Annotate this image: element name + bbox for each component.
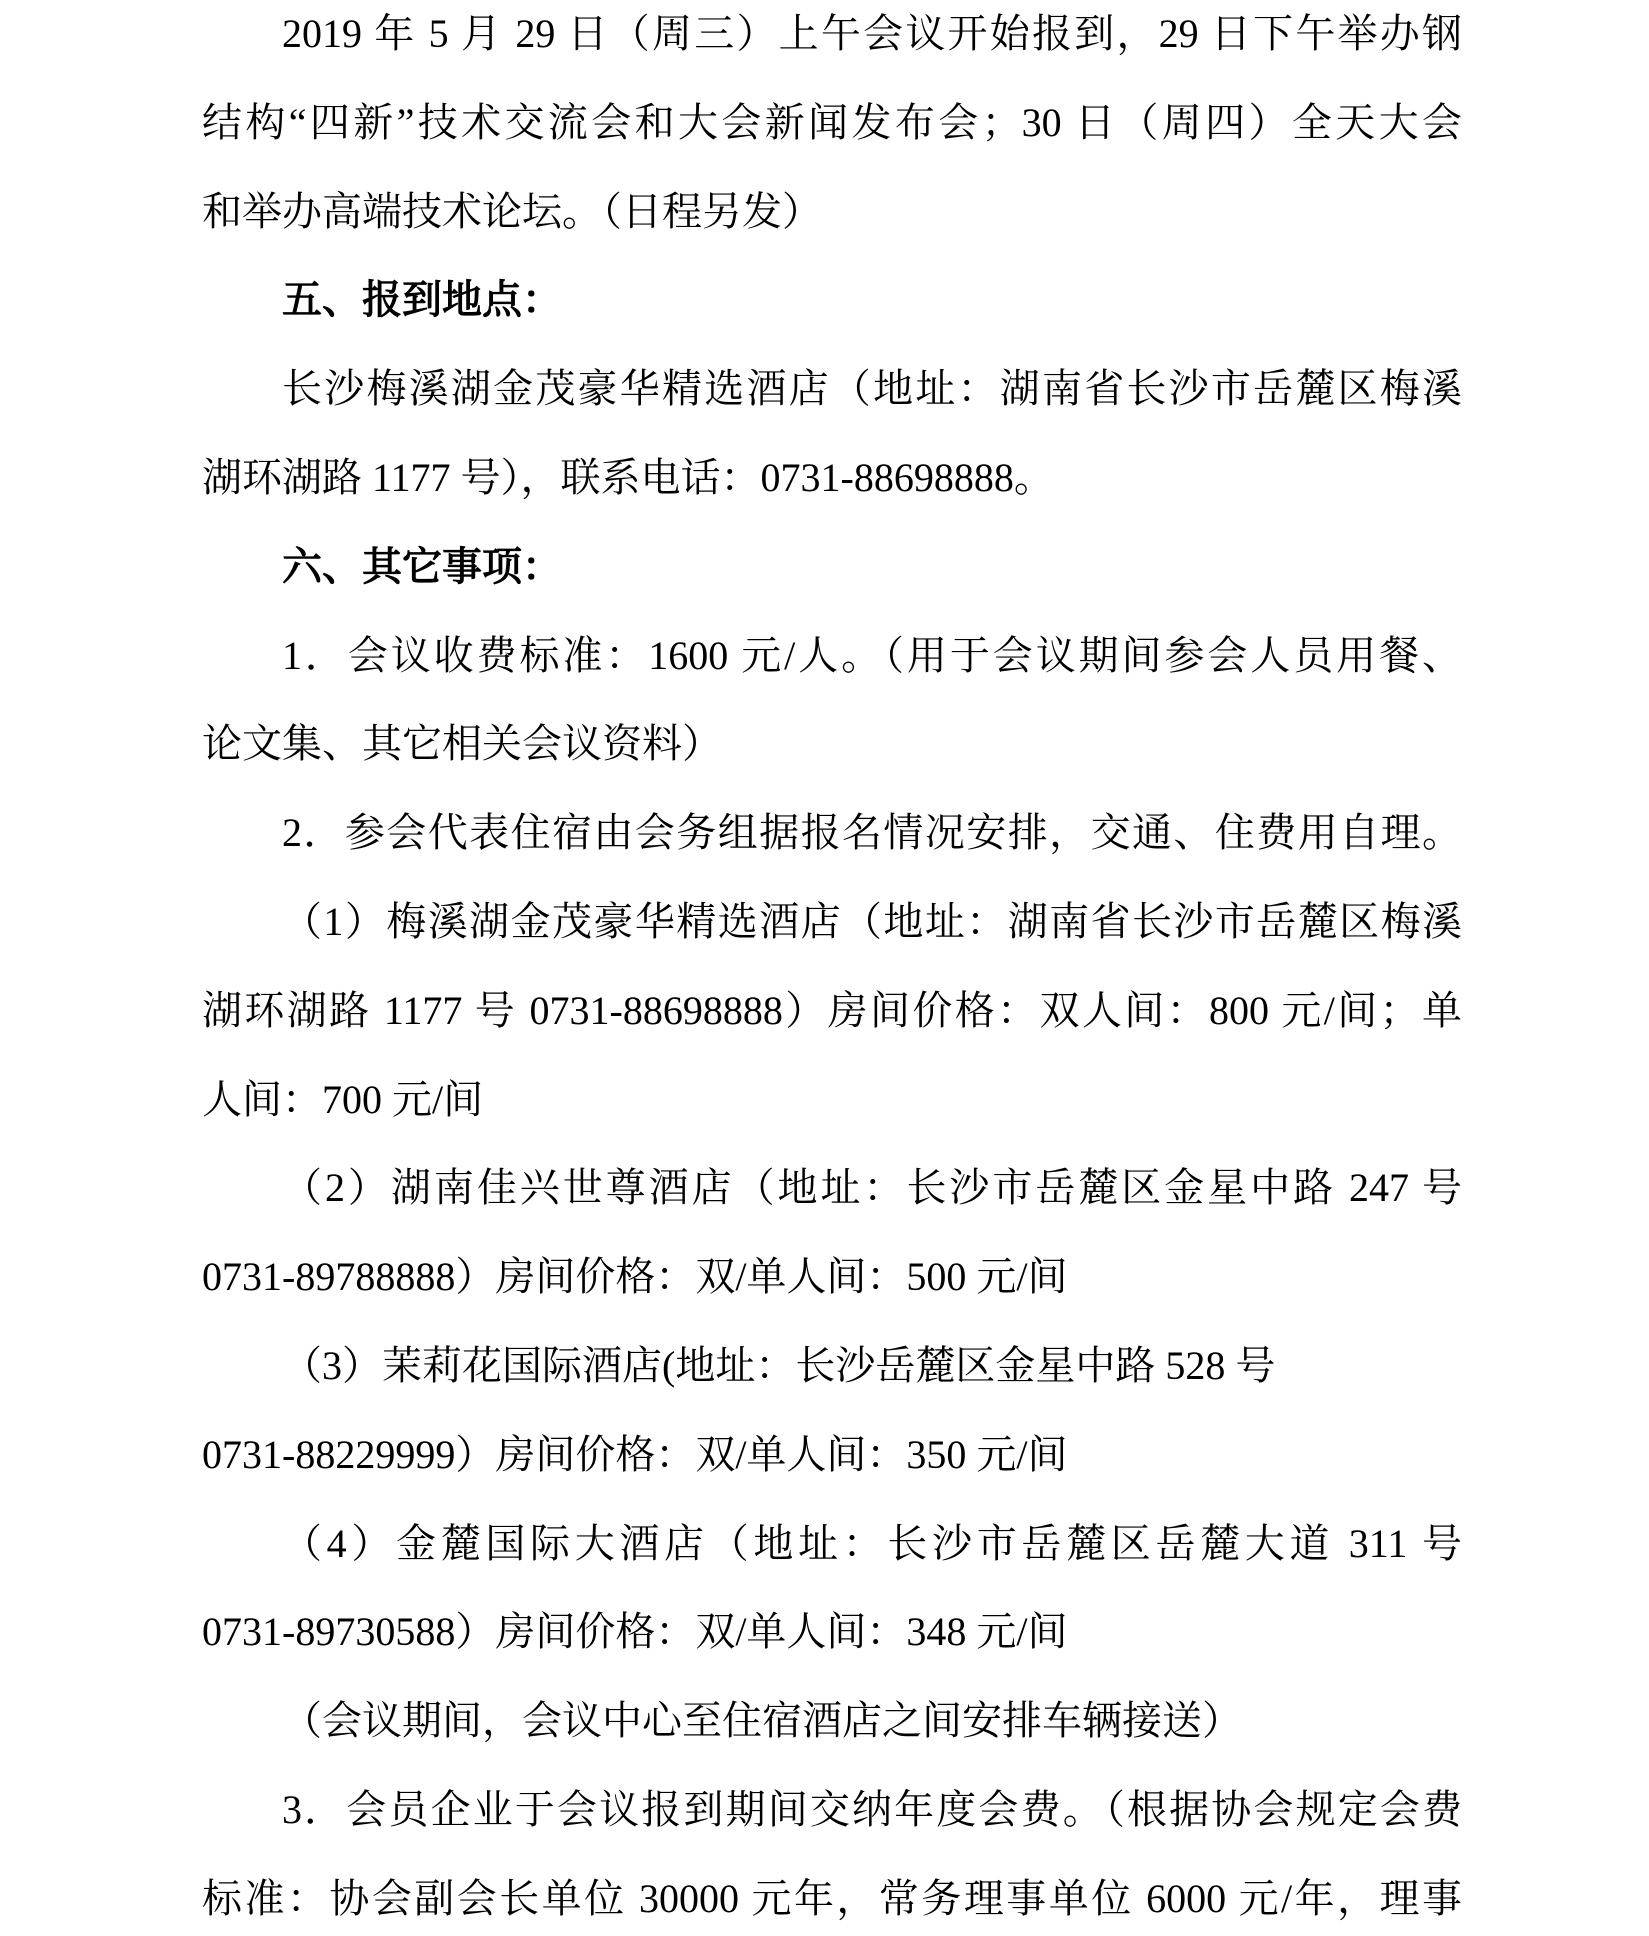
document-line: 湖环湖路 1177 号），联系电话：0731-88698888。	[202, 434, 1462, 523]
document-line: 3．会员企业于会议报到期间交纳年度会费。（根据协会规定会费	[202, 1766, 1462, 1855]
document-line: 2．参会代表住宿由会务组据报名情况安排，交通、住费用自理。	[202, 789, 1462, 878]
document-line: 湖环湖路 1177 号 0731-88698888）房间价格：双人间：800 元…	[202, 967, 1462, 1056]
document-line: （会议期间，会议中心至住宿酒店之间安排车辆接送）	[202, 1677, 1462, 1766]
document-line: 0731-89730588）房间价格：双/单人间：348 元/间	[202, 1588, 1462, 1677]
document-page: 2019 年 5 月 29 日（周三）上午会议开始报到，29 日下午举办钢结构“…	[0, 0, 1649, 1936]
document-line: 结构“四新”技术交流会和大会新闻发布会；30 日（周四）全天大会	[202, 79, 1462, 168]
document-line: （3）茉莉花国际酒店(地址：长沙岳麓区金星中路 528 号	[202, 1322, 1462, 1411]
document-line: 长沙梅溪湖金茂豪华精选酒店（地址：湖南省长沙市岳麓区梅溪	[202, 345, 1462, 434]
page: { "page": { "background_color": "#ffffff…	[0, 0, 1649, 1936]
document-line: （1）梅溪湖金茂豪华精选酒店（地址：湖南省长沙市岳麓区梅溪	[202, 878, 1462, 967]
section-heading: 六、其它事项：	[202, 523, 1462, 612]
document-line: 0731-88229999）房间价格：双/单人间：350 元/间	[202, 1411, 1462, 1500]
document-line: 0731-89788888）房间价格：双/单人间：500 元/间	[202, 1233, 1462, 1322]
document-line: 论文集、其它相关会议资料）	[202, 700, 1462, 789]
document-line: （2）湖南佳兴世尊酒店（地址：长沙市岳麓区金星中路 247 号	[202, 1144, 1462, 1233]
document-line: 人间：700 元/间	[202, 1056, 1462, 1145]
document-line: 标准：协会副会长单位 30000 元年，常务理事单位 6000 元/年，理事	[202, 1855, 1462, 1936]
document-line: 1．会议收费标准：1600 元/人。（用于会议期间参会人员用餐、	[202, 612, 1462, 701]
document-line: 和举办高端技术论坛。（日程另发）	[202, 168, 1462, 257]
document-line: 2019 年 5 月 29 日（周三）上午会议开始报到，29 日下午举办钢	[202, 0, 1462, 79]
document-line: （4）金麓国际大酒店（地址：长沙市岳麓区岳麓大道 311 号	[202, 1500, 1462, 1589]
section-heading: 五、报到地点：	[202, 256, 1462, 345]
